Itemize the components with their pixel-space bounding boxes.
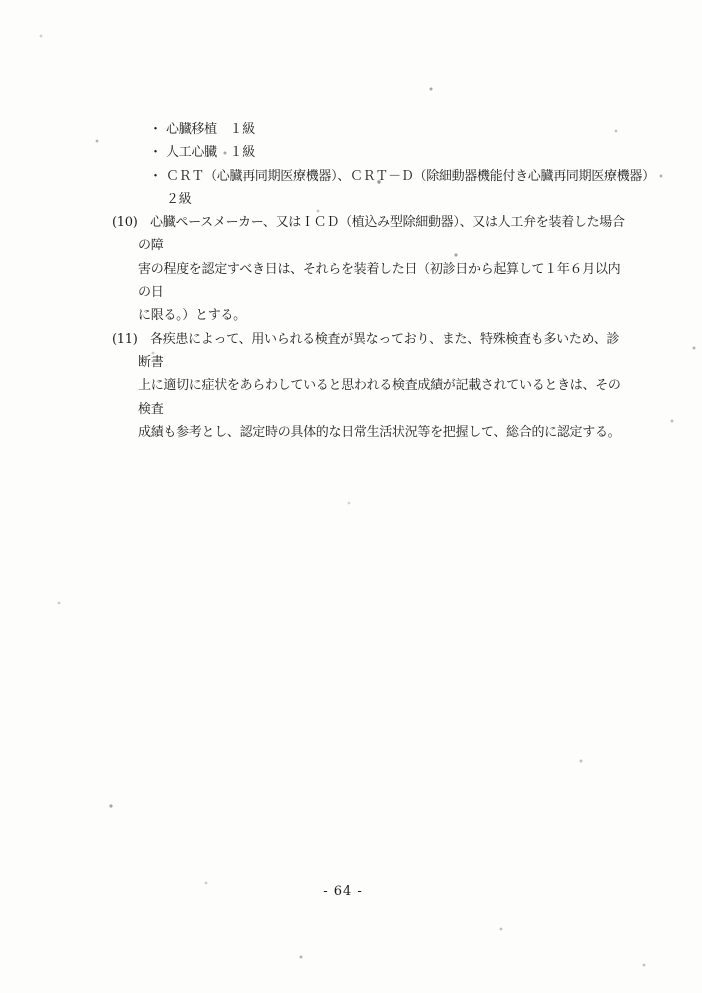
document-body: ・心臓移植 １級 ・人工心臓 １級 ・ＣＲＴ（心臓再同期医療機器）、ＣＲＴ－Ｄ（…: [112, 118, 628, 444]
bullet-item: ・心臓移植 １級: [112, 118, 628, 141]
scan-noise: [0, 0, 2, 2]
bullet-icon: ・: [149, 141, 166, 164]
document-page: ・心臓移植 １級 ・人工心臓 １級 ・ＣＲＴ（心臓再同期医療機器）、ＣＲＴ－Ｄ（…: [0, 0, 702, 993]
page-number: - 64 -: [0, 884, 686, 899]
bullet-continuation-text: ２級: [112, 188, 628, 211]
bullet-text: 心臓移植 １級: [166, 122, 255, 137]
bullet-icon: ・: [149, 165, 166, 188]
numbered-item-10: (10) 心臓ペースメーカー、又はＩＣＤ（植込み型除細動器）、又は人工弁を装着し…: [112, 211, 628, 327]
bullet-item: ・人工心臓 １級: [112, 141, 628, 164]
item-text: 心臓ペースメーカー、又はＩＣＤ（植込み型除細動器）、又は人工弁を装着した場合の障…: [138, 211, 628, 327]
item-text-line: 心臓ペースメーカー、又はＩＣＤ（植込み型除細動器）、又は人工弁を装着した場合の障: [138, 211, 628, 258]
item-text-line: に限る。）とする。: [138, 304, 628, 327]
item-number: (11): [112, 328, 138, 351]
item-text-line: 害の程度を認定すべき日は、それらを装着した日（初診日から起算して１年６月以内の日: [138, 258, 628, 305]
bullet-item: ・ＣＲＴ（心臓再同期医療機器）、ＣＲＴ－Ｄ（除細動器機能付き心臓再同期医療機器）: [112, 165, 628, 188]
bullet-text: ＣＲＴ（心臓再同期医療機器）、ＣＲＴ－Ｄ（除細動器機能付き心臓再同期医療機器）: [166, 169, 655, 184]
item-text-line: 各疾患によって、用いられる検査が異なっており、また、特殊検査も多いため、診断書: [138, 328, 628, 375]
item-text-line: 上に適切に症状をあらわしていると思われる検査成績が記載されているときは、その検査: [138, 374, 628, 421]
numbered-item-11: (11) 各疾患によって、用いられる検査が異なっており、また、特殊検査も多いため…: [112, 328, 628, 444]
bullet-text: 人工心臓 １級: [166, 145, 255, 160]
item-number: (10): [112, 211, 138, 234]
item-text-line: 成績も参考とし、認定時の具体的な日常生活状況等を把握して、総合的に認定する。: [138, 421, 628, 444]
item-text: 各疾患によって、用いられる検査が異なっており、また、特殊検査も多いため、診断書 …: [138, 328, 628, 444]
bullet-icon: ・: [149, 118, 166, 141]
